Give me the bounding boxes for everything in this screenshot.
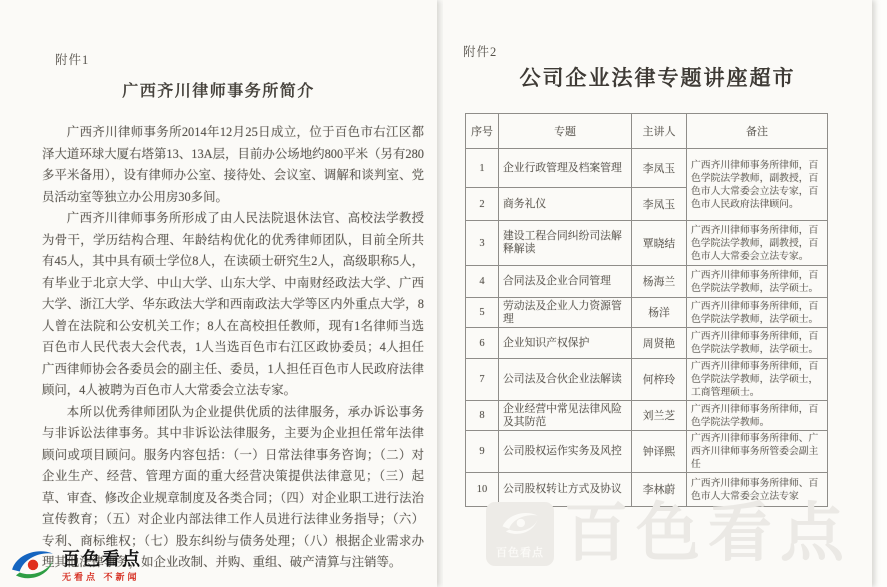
row-speaker: 钟译熙	[632, 431, 687, 473]
row-speaker: 杨海兰	[632, 266, 687, 298]
row-no: 10	[466, 473, 499, 507]
row-speaker: 覃晓结	[632, 221, 687, 266]
row-speaker: 李凤玉	[632, 149, 687, 188]
header-no: 序号	[466, 114, 499, 149]
table-row: 6 企业知识产权保护 周贤艳 广西齐川律师事务所律师，百色学院法学教师，法学硕士…	[466, 328, 828, 359]
left-page-body: 广西齐川律师事务所2014年12月25日成立，位于百色市右江区都泽大道环球大厦右…	[42, 122, 424, 574]
attachment-2-label: 附件2	[463, 42, 497, 60]
row-no: 4	[466, 266, 499, 298]
paragraph-team: 广西齐川律师事务所形成了由人民法院退休法官、高校法学教授为骨干，学历结构合理、年…	[42, 208, 424, 402]
row-topic: 公司法及合伙企业法解读	[499, 359, 632, 401]
right-page-title: 公司企业法律专题讲座超市	[443, 62, 872, 92]
row-note: 广西齐川律师事务所律师，百色学院法学教师，法学硕士，工商管理硕士。	[687, 359, 828, 401]
row-note: 广西齐川律师事务所律师、广西齐川律师事务所管委会副主任	[687, 431, 828, 473]
row-topic: 劳动法及企业人力资源管理	[499, 298, 632, 328]
row-speaker: 杨洋	[632, 298, 687, 328]
table-row: 9 公司股权运作实务及风控 钟译熙 广西齐川律师事务所律师、广西齐川律师事务所管…	[466, 431, 828, 473]
baise-kandian-logo: 百色看点 无看点 不新闻	[10, 544, 142, 587]
header-speaker: 主讲人	[632, 114, 687, 149]
row-topic: 建设工程合同纠纷司法解释解读	[499, 221, 632, 266]
table-header-row: 序号 专题 主讲人 备注	[466, 114, 828, 149]
table-row: 1 企业行政管理及档案管理 李凤玉 广西齐川律师事务所律师，百色学院法学教师，副…	[466, 149, 828, 188]
page-attachment-1: 附件1 广西齐川律师事务所简介 广西齐川律师事务所2014年12月25日成立，位…	[0, 0, 437, 587]
header-note: 备注	[687, 114, 828, 149]
row-topic: 企业知识产权保护	[499, 328, 632, 359]
row-speaker: 刘兰芝	[632, 401, 687, 431]
row-speaker: 周贤艳	[632, 328, 687, 359]
table-row: 7 公司法及合伙企业法解读 何梓玲 广西齐川律师事务所律师，百色学院法学教师，法…	[466, 359, 828, 401]
row-speaker: 李林蔚	[632, 473, 687, 507]
row-topic: 公司股权运作实务及风控	[499, 431, 632, 473]
row-speaker: 李凤玉	[632, 188, 687, 221]
left-page-title: 广西齐川律师事务所简介	[0, 78, 437, 101]
row-topic: 公司股权转让方式及协议	[499, 473, 632, 507]
logo-swirl-icon	[10, 544, 56, 587]
row-speaker: 何梓玲	[632, 359, 687, 401]
table-row: 3 建设工程合同纠纷司法解释解读 覃晓结 广西齐川律师事务所律师，百色学院法学教…	[466, 221, 828, 266]
header-topic: 专题	[499, 114, 632, 149]
table-row: 10 公司股权转让方式及协议 李林蔚 广西齐川律师事务所律师、百色市人大常委会立…	[466, 473, 828, 507]
row-note: 广西齐川律师事务所律师，百色学院法学教师。	[687, 401, 828, 431]
attachment-1-label: 附件1	[55, 50, 89, 68]
row-no: 8	[466, 401, 499, 431]
logo-tagline: 无看点 不新闻	[62, 570, 142, 583]
paragraph-intro: 广西齐川律师事务所2014年12月25日成立，位于百色市右江区都泽大道环球大厦右…	[42, 122, 424, 208]
row-note: 广西齐川律师事务所律师，百色学院法学教师，法学硕士。	[687, 266, 828, 298]
row-no: 9	[466, 431, 499, 473]
row-no: 2	[466, 188, 499, 221]
table-row: 4 合同法及企业合同管理 杨海兰 广西齐川律师事务所律师，百色学院法学教师，法学…	[466, 266, 828, 298]
row-note: 广西齐川律师事务所律师，百色学院法学教师，副教授，百色市人大常委会立法专家。	[687, 221, 828, 266]
row-topic: 企业经营中常见法律风险及其防范	[499, 401, 632, 431]
row-note: 广西齐川律师事务所律师，百色学院法学教师，副教授，百色市人大常委会立法专家，百色…	[687, 149, 828, 221]
row-note: 广西齐川律师事务所律师、百色市人大常委会立法专家	[687, 473, 828, 507]
row-topic: 企业行政管理及档案管理	[499, 149, 632, 188]
row-no: 3	[466, 221, 499, 266]
row-no: 6	[466, 328, 499, 359]
logo-brand-name: 百色看点	[62, 549, 142, 569]
row-no: 1	[466, 149, 499, 188]
logo-text-block: 百色看点 无看点 不新闻	[62, 549, 142, 583]
row-no: 5	[466, 298, 499, 328]
page-attachment-2: 附件2 公司企业法律专题讲座超市 序号 专题 主讲人 备注 1 企业行政管理及档…	[443, 0, 872, 587]
row-topic: 合同法及企业合同管理	[499, 266, 632, 298]
table-row: 8 企业经营中常见法律风险及其防范 刘兰芝 广西齐川律师事务所律师，百色学院法学…	[466, 401, 828, 431]
scanned-document-image: 附件1 广西齐川律师事务所简介 广西齐川律师事务所2014年12月25日成立，位…	[0, 0, 887, 587]
lecture-topics-table: 序号 专题 主讲人 备注 1 企业行政管理及档案管理 李凤玉 广西齐川律师事务所…	[465, 113, 828, 507]
table-row: 5 劳动法及企业人力资源管理 杨洋 广西齐川律师事务所律师，百色学院法学教师，法…	[466, 298, 828, 328]
row-topic: 商务礼仪	[499, 188, 632, 221]
row-no: 7	[466, 359, 499, 401]
row-note: 广西齐川律师事务所律师，百色学院法学教师，法学硕士。	[687, 328, 828, 359]
row-note: 广西齐川律师事务所律师，百色学院法学教师，法学硕士。	[687, 298, 828, 328]
